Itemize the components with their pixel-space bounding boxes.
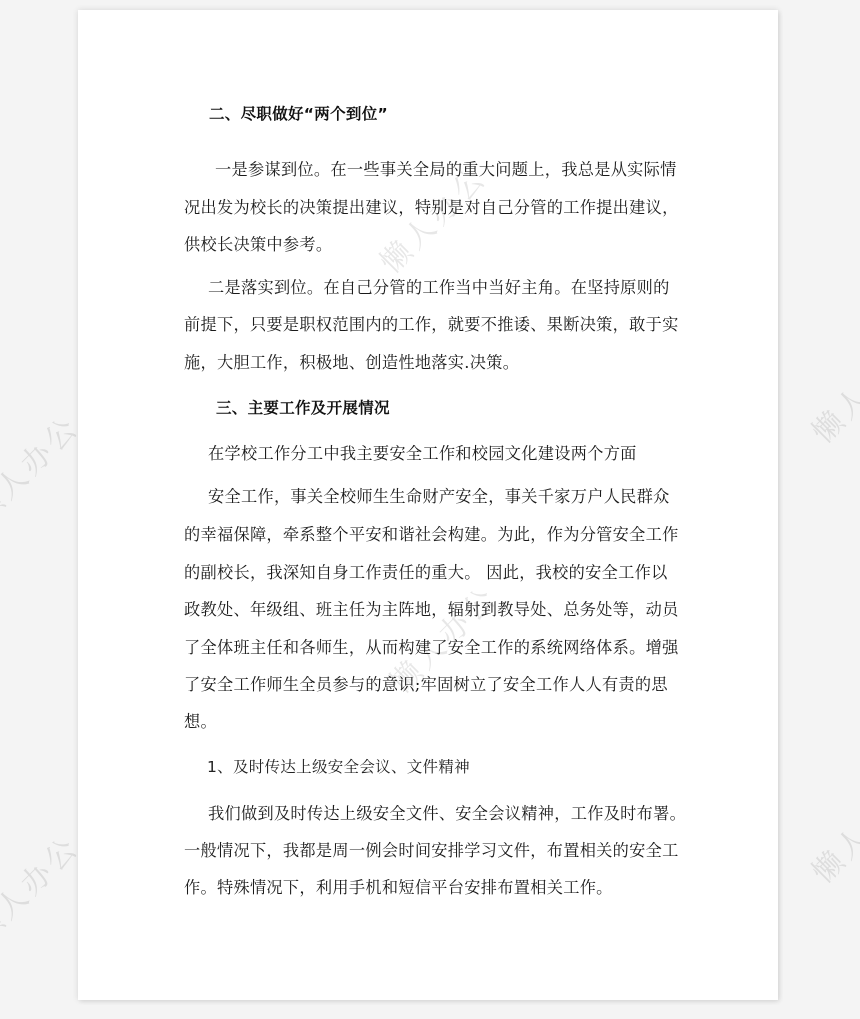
subsection-heading: 1、及时传达上级安全会议、文件精神: [207, 757, 470, 777]
paragraph-line: 政教处、年级组、班主任为主阵地，辐射到教导处、总务处等，动员: [184, 600, 679, 620]
paragraph-line: 二是落实到位。在自己分管的工作当中当好主角。在坚持原则的: [208, 278, 670, 298]
paragraph-line: 供校长决策中参考。: [184, 235, 332, 255]
paragraph-line: 的副校长，我深知自身工作责任的重大。 因此，我校的安全工作以: [184, 563, 668, 583]
paragraph-line: 施，大胆工作，积极地、创造性地落实.决策。: [184, 353, 519, 373]
section-heading: 二、尽职做好“两个到位”: [209, 104, 388, 124]
paragraph-line: 一是参谋到位。在一些事关全局的重大问题上，我总是从实际情: [215, 160, 677, 180]
paragraph-line: 一般情况下，我都是周一例会时间安排学习文件，布置相关的安全工: [184, 841, 679, 861]
paragraph-line: 了全体班主任和各师生，从而构建了安全工作的系统网络体系。增强: [184, 638, 679, 658]
paragraph-line: 在学校工作分工中我主要安全工作和校园文化建设两个方面: [208, 444, 637, 464]
paragraph-line: 安全工作，事关全校师生生命财产安全，事关千家万户人民群众: [208, 487, 670, 507]
watermark: 懒人办公: [800, 764, 860, 891]
section-heading: 三、主要工作及开展情况: [216, 398, 390, 418]
paragraph-line: 前提下，只要是职权范围内的工作，就要不推诿、果断决策，敢于实: [184, 315, 679, 335]
watermark: 懒人办公: [0, 824, 87, 951]
paragraph-line: 的幸福保障，牵系整个平安和谐社会构建。为此，作为分管安全工作: [184, 525, 679, 545]
paragraph-line: 了安全工作师生全员参与的意识;牢固树立了安全工作人人有责的思: [184, 675, 668, 695]
document-page: 懒人办公 懒人办公 二、尽职做好“两个到位” 一是参谋到位。在一些事关全局的重大…: [78, 10, 778, 1000]
paragraph-line: 想。: [184, 712, 217, 732]
watermark: 懒人办公: [0, 404, 87, 531]
watermark: 懒人办公: [800, 324, 860, 451]
paragraph-line: 况出发为校长的决策提出建议，特别是对自己分管的工作提出建议，: [184, 198, 679, 218]
paragraph-line: 作。特殊情况下，利用手机和短信平台安排布置相关工作。: [184, 878, 613, 898]
paragraph-line: 我们做到及时传达上级安全文件、安全会议精神，工作及时布署。: [208, 804, 686, 824]
